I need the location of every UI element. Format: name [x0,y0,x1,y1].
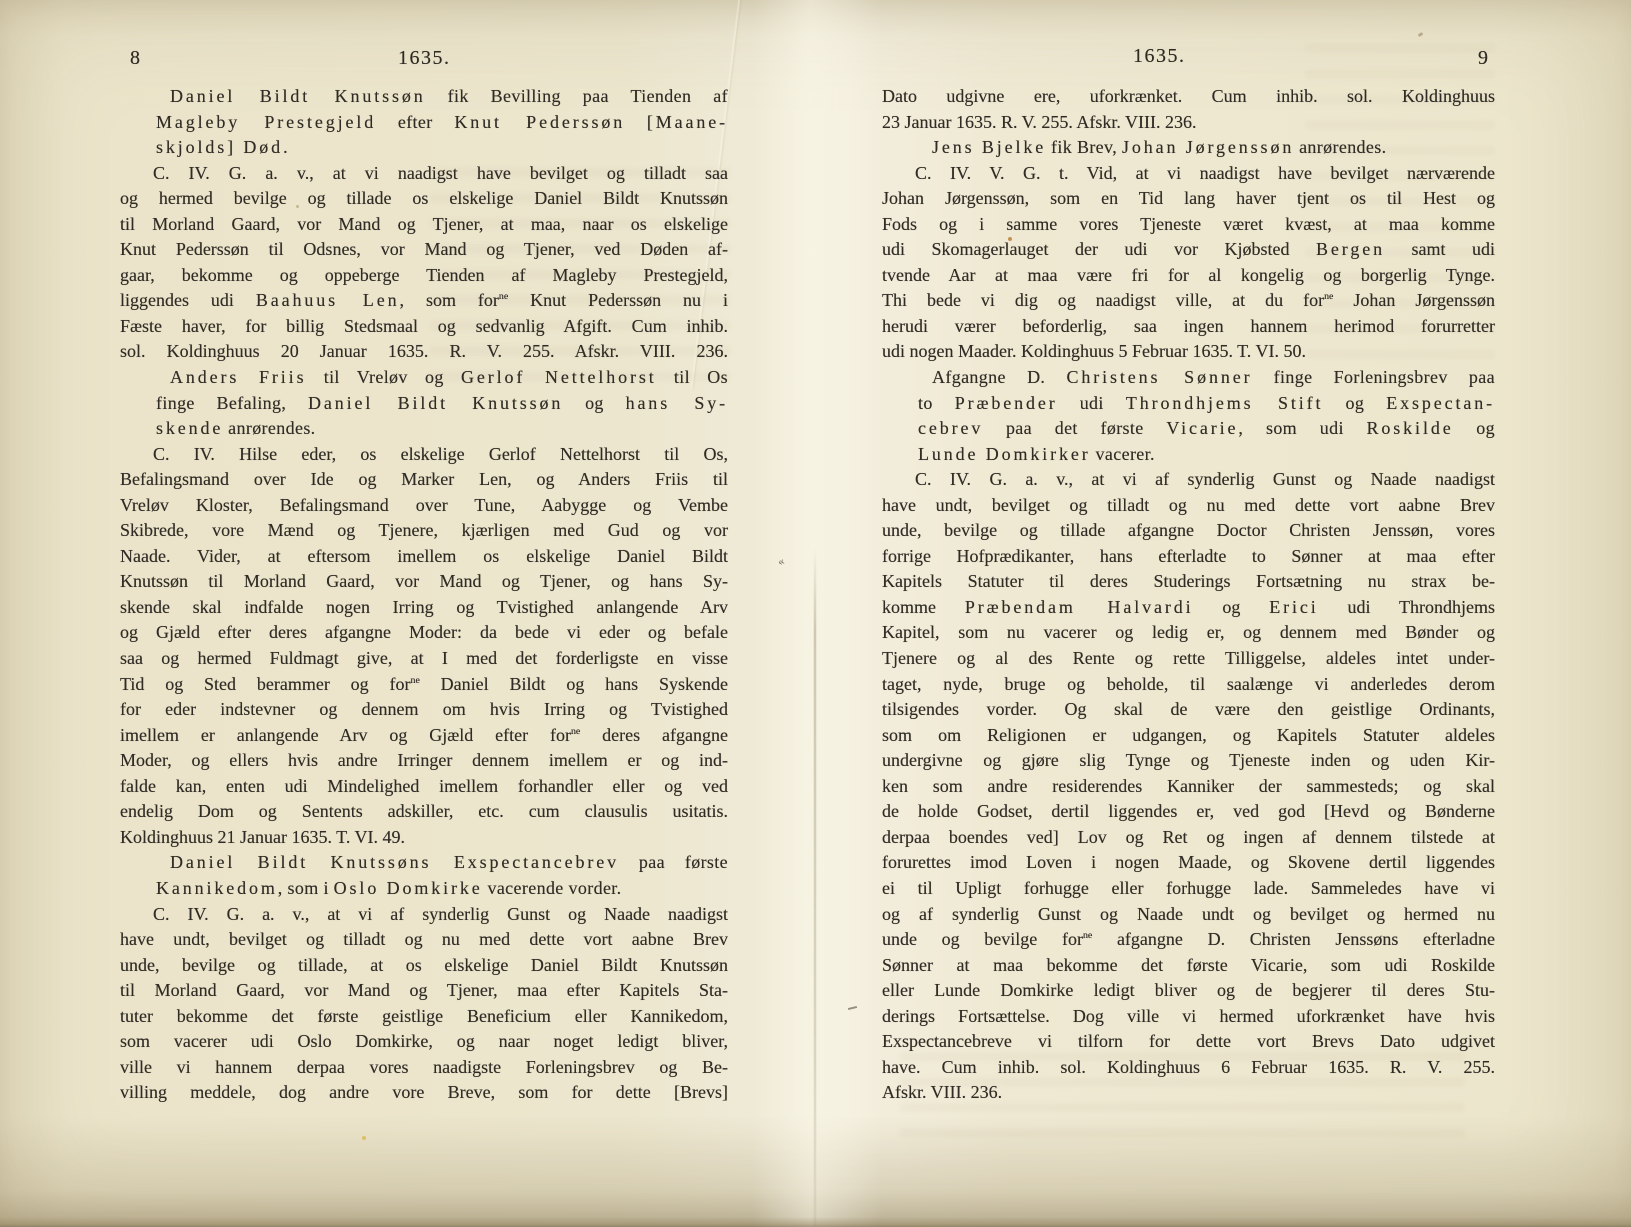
text-line: til Morland Gaard, vor Mand og Tjener, m… [120,978,728,1004]
text-line: C. IV. G. a. v., at vi af synderlig Guns… [882,467,1495,493]
text-line: Afgangne D. Christens Sønner finge Forle… [882,365,1495,391]
text-line: have undt, bevilget og tilladt og nu med… [882,493,1495,519]
text-line: til Morland Gaard, vor Mand og Tjener, a… [120,212,728,238]
right-running-head: 1635. [1133,44,1186,68]
text-line: og af synderlig Gunst og Naade undt og b… [882,902,1495,928]
text-line: saa og hermed Fuldmagt give, at I med de… [120,646,728,672]
text-line: unde, bevilge og tillade, at os elskelig… [120,953,728,979]
entry-paragraph: C. IV. G. a. v., at vi af synderlig Guns… [882,467,1495,1106]
text-line: liggendes udi Baahuus Len, som forne Knu… [120,288,728,314]
text-line: Tid og Sted berammer og forne Daniel Bil… [120,672,728,698]
text-line: skjolds] Død. [120,135,728,161]
text-line: have undt, bevilget og tilladt og nu med… [120,927,728,953]
gutter-crease [814,548,816,1227]
text-line: forurettes imod Loven i nogen Maade, og … [882,850,1495,876]
gutter-shade [752,0,882,1227]
text-line: villing meddele, dog andre vore Breve, s… [120,1080,728,1106]
text-line: Dato udgivne ere, uforkrænket. Cum inhib… [882,84,1495,110]
text-line: for eder indstevner og dennem om hvis Ir… [120,697,728,723]
text-line: falde kan, enten udi Mindelighed imellem… [120,774,728,800]
text-line: to Præbender udi Throndhjems Stift og Ex… [882,391,1495,417]
text-line: Thi bede vi dig og naadigst ville, at du… [882,288,1495,314]
text-line: og hermed bevilge og tillade os elskelig… [120,186,728,212]
text-line: ei til Upligt forhugge eller forhugge la… [882,876,1495,902]
text-line: Knut Pederssøn til Odsnes, vor Mand og T… [120,237,728,263]
text-line: Naade. Vider, at eftersom imellem os els… [120,544,728,570]
entry-heading: Jens Bjelke fik Brev, Johan Jørgenssøn a… [882,135,1495,161]
text-line: skende anrørendes. [120,416,728,442]
gutter-mark: « [775,553,786,569]
text-line: tilsigendes vorder. Og skal de være den … [882,697,1495,723]
text-line: Anders Friis til Vreløv og Gerlof Nettel… [120,365,728,391]
text-line: udi nogen Maader. Koldinghuus 5 Februar … [882,339,1495,365]
entry-paragraph-continuation: Dato udgivne ere, uforkrænket. Cum inhib… [882,84,1495,135]
text-line: sol. Koldinghuus 20 Januar 1635. R. V. 2… [120,339,728,365]
margin-mark [848,1006,857,1010]
text-line: Jens Bjelke fik Brev, Johan Jørgenssøn a… [882,135,1495,161]
entry-heading: Daniel Bildt Knutssøns Exspectancebrev p… [120,850,728,901]
text-line: finge Befaling, Daniel Bildt Knutssøn og… [120,391,728,417]
text-line: C. IV. Hilse eder, os elskelige Gerlof N… [120,442,728,468]
text-line: komme Præbendam Halvardi og Erici udi Th… [882,595,1495,621]
text-line: som om Religionen er udgangen, og Kapite… [882,723,1495,749]
text-line: have. Cum inhib. sol. Koldinghuus 6 Febr… [882,1055,1495,1081]
left-page-number: 8 [130,46,140,70]
text-line: Knutssøn til Morland Gaard, vor Mand og … [120,569,728,595]
entry-paragraph: C. IV. Hilse eder, os elskelige Gerlof N… [120,442,728,851]
text-line: Vreløv Kloster, Befalingsmand over Tune,… [120,493,728,519]
paper-speck [1418,32,1424,37]
text-line: Daniel Bildt Knutssøns Exspectancebrev p… [120,850,728,876]
text-line: Sønner at maa bekomme det første Vicarie… [882,953,1495,979]
text-line: cebrev paa det første Vicarie, som udi R… [882,416,1495,442]
text-line: imellem er anlangende Arv og Gjæld efter… [120,723,728,749]
text-line: som vacerer udi Oslo Domkirke, og naar n… [120,1029,728,1055]
text-line: ville vi hannem derpaa vores naadigste F… [120,1055,728,1081]
text-line: derpaa boendes ved] Lov og Ret og ingen … [882,825,1495,851]
text-line: C. IV. V. G. t. Vid, at vi naadigst have… [882,161,1495,187]
text-line: 23 Januar 1635. R. V. 255. Afskr. VIII. … [882,110,1495,136]
text-line: Kannikedom, som i Oslo Domkirke vacerend… [120,876,728,902]
text-line: eller Lunde Domkirke ledigt bliver og de… [882,978,1495,1004]
left-running-head: 1635. [398,46,451,70]
text-line: Koldinghuus 21 Januar 1635. T. VI. 49. [120,825,728,851]
text-line: undergivne og gjøre slig Tynge og Tjenes… [882,748,1495,774]
text-line: de holde Godset, dertil liggendes er, ve… [882,799,1495,825]
text-line: unde, bevilge og tillade afgangne Doctor… [882,518,1495,544]
text-line: ken som andre residerendes Kanniker der … [882,774,1495,800]
paper-speck [362,1136,366,1140]
text-line: endelig Dom og Sentents adskiller, etc. … [120,799,728,825]
text-line: C. IV. G. a. v., at vi af synderlig Guns… [120,902,728,928]
text-line: Magleby Prestegjeld efter Knut Pederssøn… [120,110,728,136]
text-line: Fæste haver, for billig Stedsmaal og sed… [120,314,728,340]
entry-heading: Daniel Bildt Knutssøn fik Bevilling paa … [120,84,728,161]
text-line: Afskr. VIII. 236. [882,1080,1495,1106]
right-page-text: Dato udgivne ere, uforkrænket. Cum inhib… [882,84,1495,1106]
text-line: tuter bekomme det første geistlige Benef… [120,1004,728,1030]
text-line: herudi værer beforderlig, saa ingen hann… [882,314,1495,340]
book-scan: 8 1635. 1635. 9 Daniel Bildt Knutssøn fi… [0,0,1631,1227]
text-line: Moder, og ellers hvis andre Irringer den… [120,748,728,774]
entry-paragraph: C. IV. V. G. t. Vid, at vi naadigst have… [882,161,1495,365]
entry-heading: Afgangne D. Christens Sønner finge Forle… [882,365,1495,467]
text-line: Exspectancebreve vi tilforn for dette vo… [882,1029,1495,1055]
text-line: taget, nyde, bruge og beholde, til saalæ… [882,672,1495,698]
right-page-number: 9 [1478,46,1488,70]
text-line: unde og bevilge forne afgangne D. Christ… [882,927,1495,953]
text-line: Skibrede, vore Mænd og Tjenere, kjærlige… [120,518,728,544]
text-line: udi Skomagerlauget der udi vor Kjøbsted … [882,237,1495,263]
text-line: forrige Hofprædikanter, hans efterladte … [882,544,1495,570]
text-line: tvende Aar at maa være fri for al kongel… [882,263,1495,289]
text-line: Fods og i samme vores Tjeneste været kvæ… [882,212,1495,238]
text-line: Kapitel, som nu vacerer og ledig er, og … [882,620,1495,646]
text-line: skende skal indfalde nogen Irring og Tvi… [120,595,728,621]
text-line: derings Fortsættelse. Dog ville vi herme… [882,1004,1495,1030]
text-line: Befalingsmand over Ide og Marker Len, og… [120,467,728,493]
text-line: C. IV. G. a. v., at vi naadigst have bev… [120,161,728,187]
text-line: Kapitels Statuter til deres Studerings F… [882,569,1495,595]
left-page-text: Daniel Bildt Knutssøn fik Bevilling paa … [120,84,728,1106]
entry-paragraph: C. IV. G. a. v., at vi naadigst have bev… [120,161,728,365]
text-line: Daniel Bildt Knutssøn fik Bevilling paa … [120,84,728,110]
text-line: Tjenere og al des Rente og rette Tilligg… [882,646,1495,672]
entry-paragraph: C. IV. G. a. v., at vi af synderlig Guns… [120,902,728,1106]
entry-heading: Anders Friis til Vreløv og Gerlof Nettel… [120,365,728,442]
text-line: Johan Jørgenssøn, som en Tid lang haver … [882,186,1495,212]
text-line: og Gjæld efter deres afgangne Moder: da … [120,620,728,646]
text-line: Lunde Domkirker vacerer. [882,442,1495,468]
text-line: gaar, bekomme og oppeberge Tienden af Ma… [120,263,728,289]
